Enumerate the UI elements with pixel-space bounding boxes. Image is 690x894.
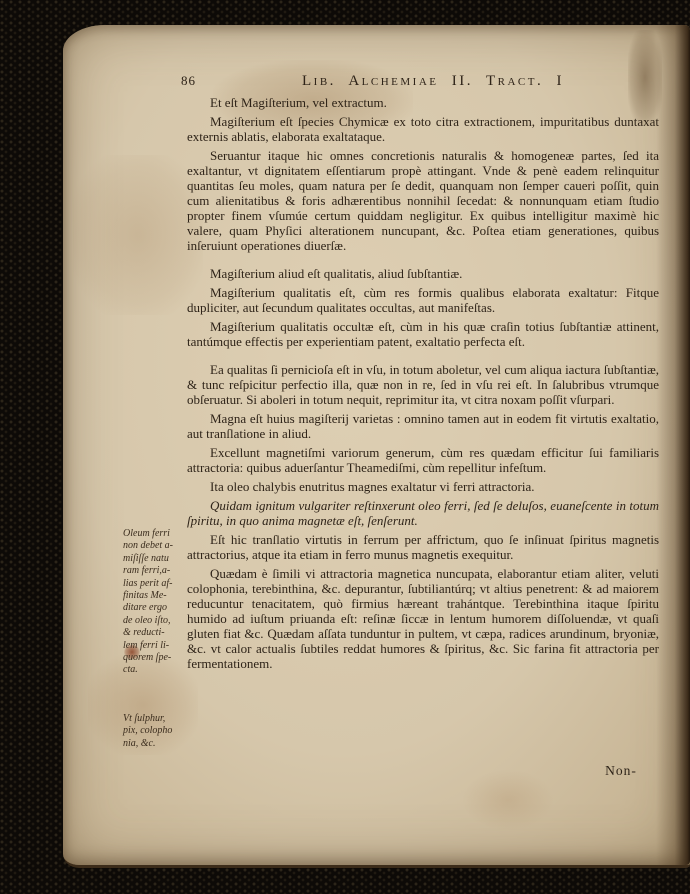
- paragraph: Ea qualitas ſi pernicioſa eſt in vſu, in…: [187, 362, 659, 407]
- catchword: Non-: [583, 763, 659, 779]
- text-block: Et eſt Magiſterium, vel extractum.Magiſt…: [187, 91, 659, 671]
- paragraph: Excellunt magnetiſmi variorum generum, c…: [187, 445, 659, 475]
- paragraph: Ita oleo chalybis enutritus magnes exalt…: [187, 479, 659, 494]
- book-page: 86 Lib. Alchemiae II. Tract. I Et eſt Ma…: [63, 25, 690, 868]
- margin-note-line: cta.: [123, 664, 185, 676]
- paper-stain: [463, 770, 553, 830]
- paragraph: Magiſterium aliud eſt qualitatis, aliud …: [187, 266, 659, 281]
- margin-note-line: finitas Me-: [123, 590, 185, 602]
- page-number: 86: [181, 73, 196, 89]
- gutter-shadow: [656, 25, 690, 865]
- margin-note-line: pix, colopho: [123, 725, 185, 737]
- margin-note-line: ram ferri,a-: [123, 565, 185, 577]
- margin-note-line: lem ferri li-: [123, 640, 185, 652]
- paragraph: Et eſt Magiſterium, vel extractum.: [187, 95, 659, 110]
- margin-note-1: Oleum ferrinon debet a-miſiſſe naturam f…: [123, 528, 185, 677]
- margin-note-line: Vt ſulphur,: [123, 713, 185, 725]
- running-title: Lib. Alchemiae II. Tract. I: [213, 73, 653, 90]
- margin-note-line: nia, &c.: [123, 738, 185, 750]
- margin-note-2: Vt ſulphur,pix, colophonia, &c.: [123, 713, 185, 750]
- paragraph: Magiſterium qualitatis eſt, cùm res form…: [187, 285, 659, 315]
- margin-note-line: lias perit af-: [123, 578, 185, 590]
- paragraph: Quidam ignitum vulgariter reſtinxerunt o…: [187, 498, 659, 528]
- margin-note-line: miſiſſe natu: [123, 553, 185, 565]
- paragraph: Magna eſt huius magiſterij varietas : om…: [187, 411, 659, 441]
- margin-note-line: & reducti-: [123, 627, 185, 639]
- paragraph: Eſt hic tranſlatio virtutis in ferrum pe…: [187, 532, 659, 562]
- paragraph: Quædam è ſimili vi attractoria magnetica…: [187, 566, 659, 671]
- paper-stain: [73, 155, 203, 315]
- page-header: 86 Lib. Alchemiae II. Tract. I: [63, 73, 690, 93]
- margin-note-line: quorem ſpe-: [123, 652, 185, 664]
- margin-note-line: de oleo iſto,: [123, 615, 185, 627]
- margin-note-line: ditare ergo: [123, 602, 185, 614]
- margin-note-line: Oleum ferri: [123, 528, 185, 540]
- paragraph: Magiſterium qualitatis occultæ eſt, cùm …: [187, 319, 659, 349]
- paragraph: Magiſterium eſt ſpecies Chymicæ ex toto …: [187, 114, 659, 144]
- margin-note-line: non debet a-: [123, 540, 185, 552]
- paragraph: Seruantur itaque hic omnes concretionis …: [187, 148, 659, 253]
